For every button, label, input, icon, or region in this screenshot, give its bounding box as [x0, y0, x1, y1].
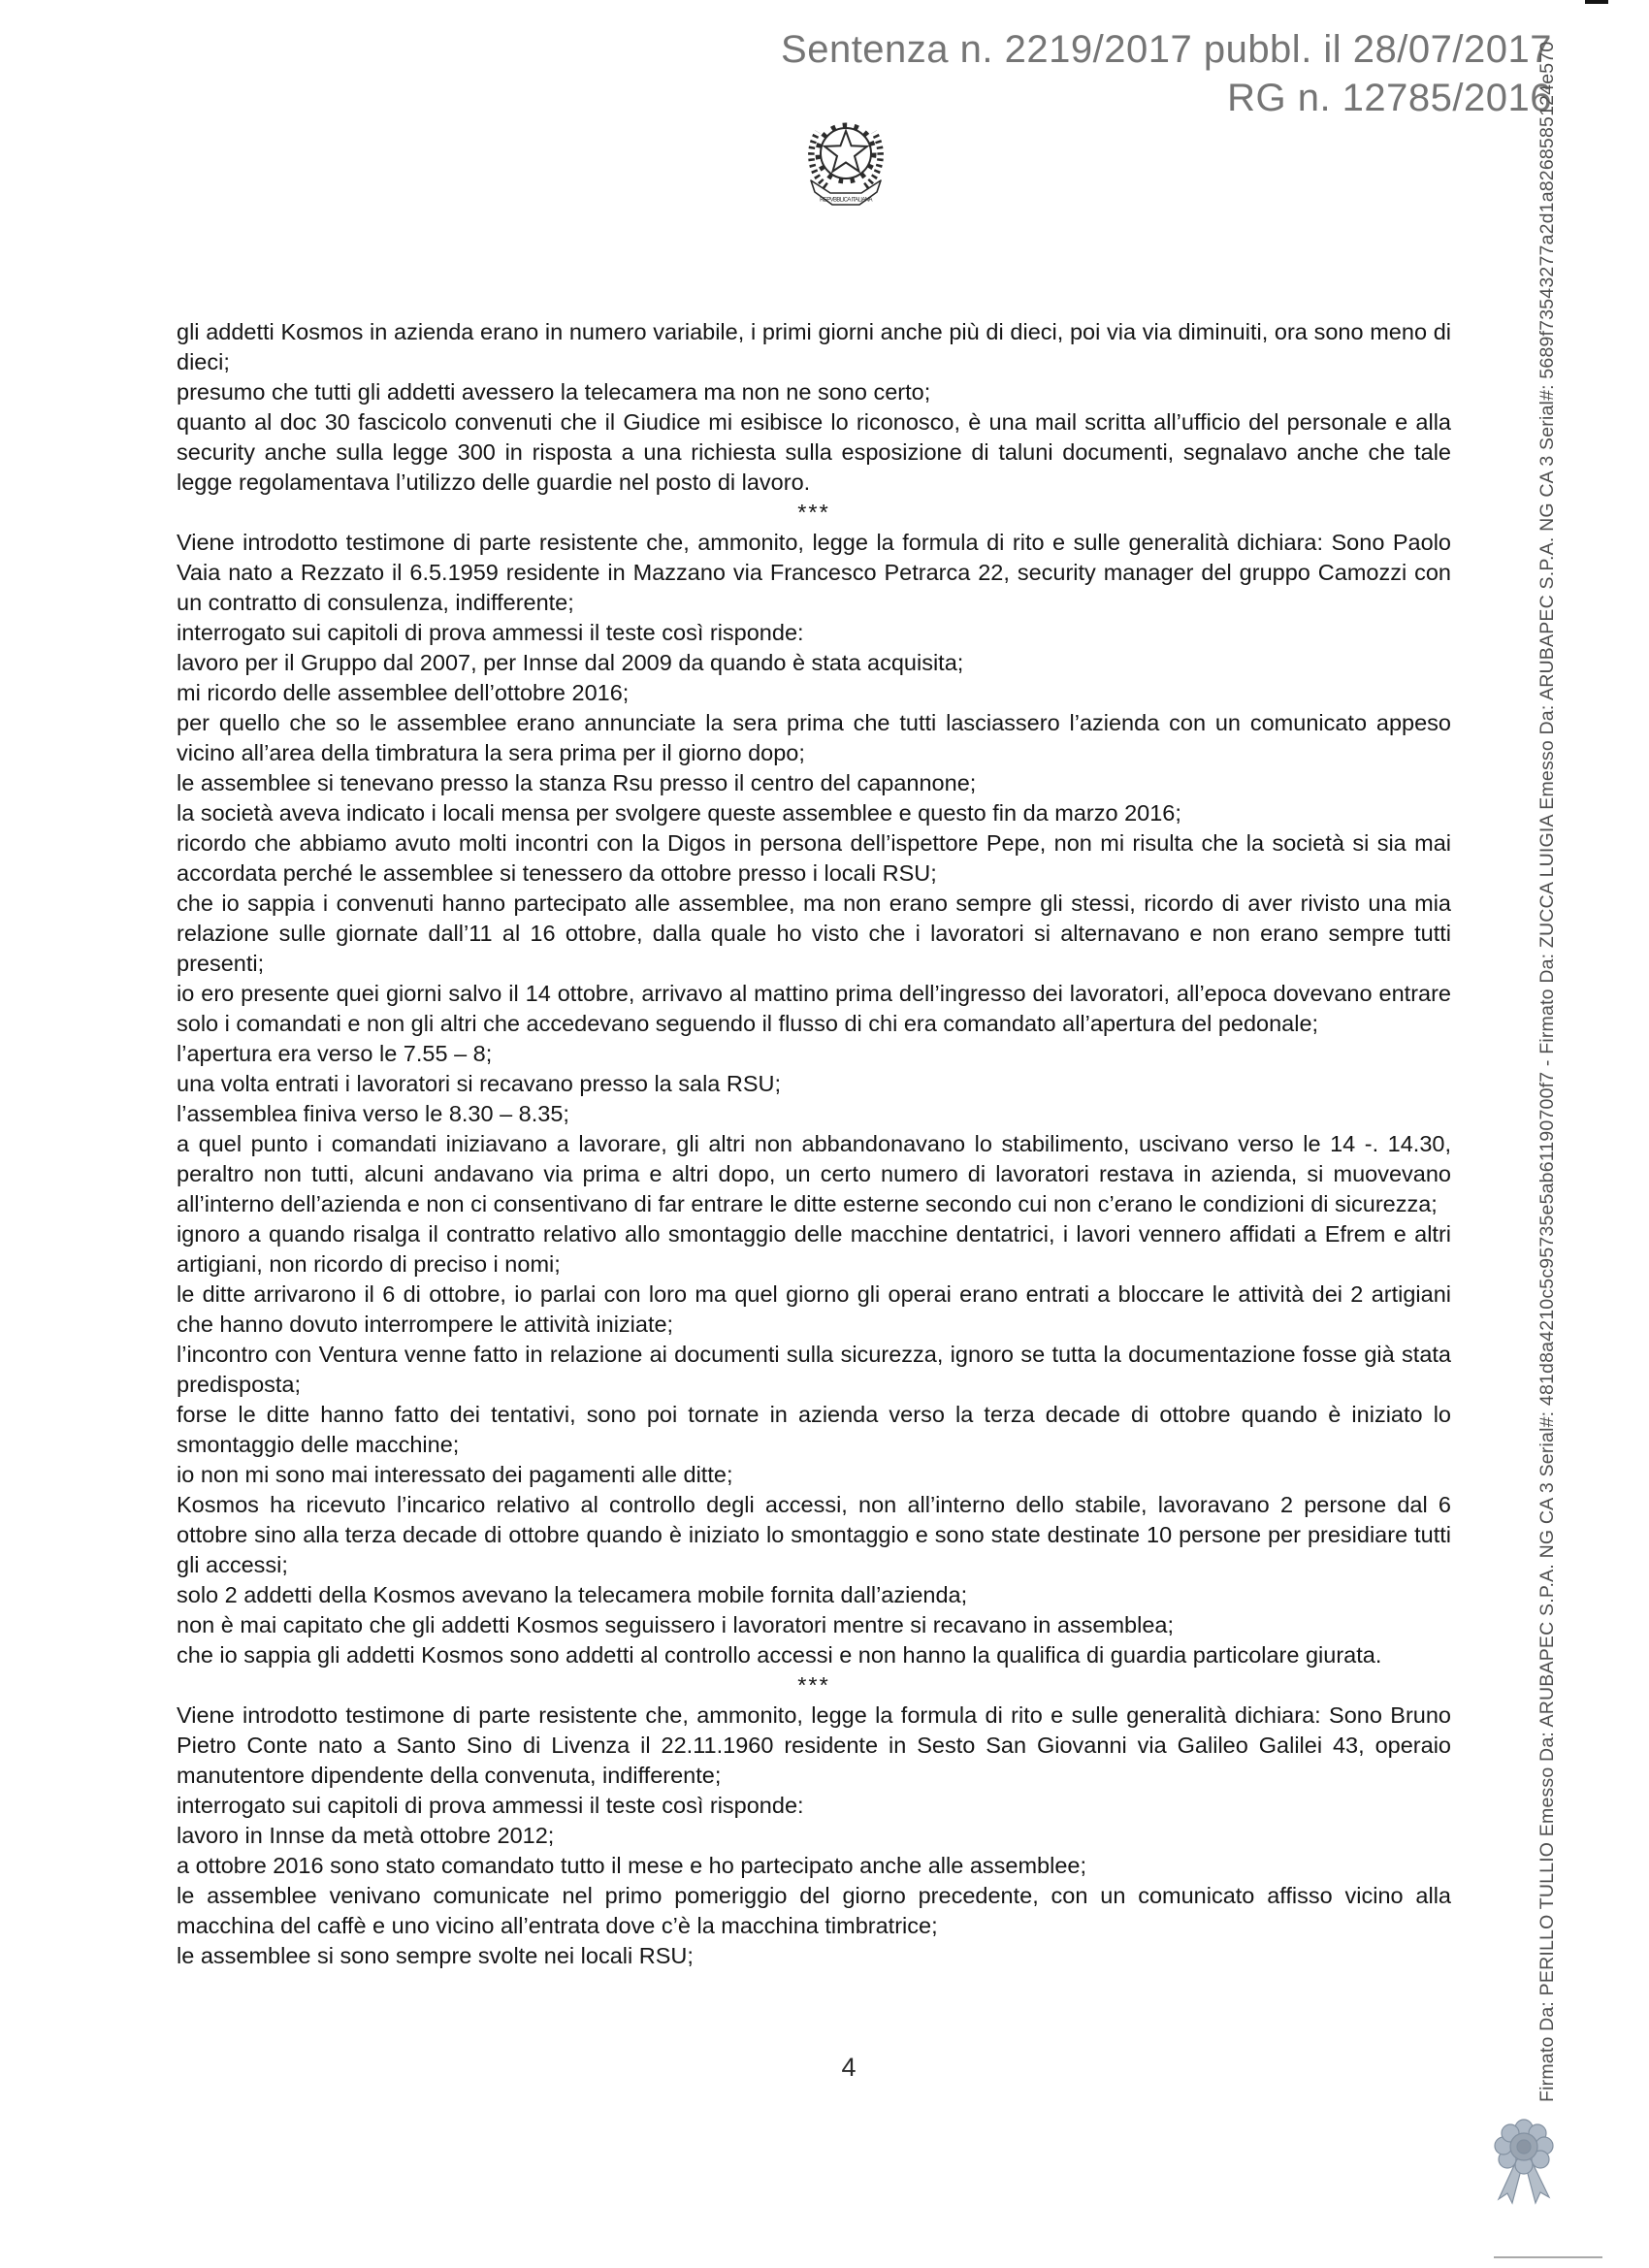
body-paragraph: quanto al doc 30 fascicolo convenuti che… [177, 407, 1451, 498]
body-paragraph: a ottobre 2016 sono stato comandato tutt… [177, 1851, 1451, 1881]
body-paragraph: che io sappia gli addetti Kosmos sono ad… [177, 1640, 1451, 1670]
body-paragraph: le assemblee si sono sempre svolte nei l… [177, 1941, 1451, 1971]
italian-republic-emblem-icon: REPVBBLICA ITALIANA [797, 114, 894, 215]
body-paragraph: mi ricordo delle assemblee dell’ottobre … [177, 678, 1451, 708]
scan-artifact-bottom-line [1494, 2256, 1602, 2258]
body-paragraph: le assemblee si tenevano presso la stanz… [177, 768, 1451, 798]
body-paragraph: le assemblee venivano comunicate nel pri… [177, 1881, 1451, 1941]
body-paragraph: per quello che so le assemblee erano ann… [177, 708, 1451, 768]
body-paragraph: ricordo che abbiamo avuto molti incontri… [177, 828, 1451, 889]
body-paragraph: io ero presente quei giorni salvo il 14 … [177, 979, 1451, 1039]
body-paragraph: non è mai capitato che gli addetti Kosmo… [177, 1610, 1451, 1640]
rg-number: RG n. 12785/2016 [582, 74, 1552, 122]
body-text: gli addetti Kosmos in azienda erano in n… [177, 317, 1451, 1971]
body-paragraph: io non mi sono mai interessato dei pagam… [177, 1460, 1451, 1490]
judgment-number: Sentenza n. 2219/2017 pubbl. il 28/07/20… [582, 25, 1552, 74]
page-number: 4 [242, 2053, 1455, 2083]
digital-signature-seal-icon [1486, 2117, 1562, 2206]
judgment-header: Sentenza n. 2219/2017 pubbl. il 28/07/20… [582, 25, 1552, 122]
section-separator: *** [177, 1670, 1451, 1701]
section-separator: *** [177, 498, 1451, 528]
body-paragraph: l’assemblea finiva verso le 8.30 – 8.35; [177, 1099, 1451, 1129]
body-paragraph: lavoro in Innse da metà ottobre 2012; [177, 1821, 1451, 1851]
body-paragraph: le ditte arrivarono il 6 di ottobre, io … [177, 1280, 1451, 1340]
body-paragraph: la società aveva indicato i locali mensa… [177, 798, 1451, 828]
emblem-banner-text: REPVBBLICA ITALIANA [820, 198, 872, 204]
body-paragraph: che io sappia i convenuti hanno partecip… [177, 889, 1451, 979]
body-paragraph: l’incontro con Ventura venne fatto in re… [177, 1340, 1451, 1400]
body-paragraph: Viene introdotto testimone di parte resi… [177, 528, 1451, 618]
document-page: Sentenza n. 2219/2017 pubbl. il 28/07/20… [0, 0, 1649, 2268]
body-paragraph: forse le ditte hanno fatto dei tentativi… [177, 1400, 1451, 1460]
body-paragraph: Kosmos ha ricevuto l’incarico relativo a… [177, 1490, 1451, 1580]
body-paragraph: Viene introdotto testimone di parte resi… [177, 1701, 1451, 1791]
body-paragraph: ignoro a quando risalga il contratto rel… [177, 1219, 1451, 1280]
body-paragraph: interrogato sui capitoli di prova ammess… [177, 618, 1451, 648]
body-paragraph: l’apertura era verso le 7.55 – 8; [177, 1039, 1451, 1069]
body-paragraph: interrogato sui capitoli di prova ammess… [177, 1791, 1451, 1821]
body-paragraph: presumo che tutti gli addetti avessero l… [177, 377, 1451, 407]
body-paragraph: una volta entrati i lavoratori si recava… [177, 1069, 1451, 1099]
body-paragraph: solo 2 addetti della Kosmos avevano la t… [177, 1580, 1451, 1610]
body-paragraph: gli addetti Kosmos in azienda erano in n… [177, 317, 1451, 377]
body-paragraph: a quel punto i comandati iniziavano a la… [177, 1129, 1451, 1219]
scan-artifact-top-streak [1585, 0, 1608, 4]
body-paragraph: lavoro per il Gruppo dal 2007, per Innse… [177, 648, 1451, 678]
digital-signature-sidebar: Firmato Da: PERILLO TULLIO Emesso Da: AR… [1535, 42, 1560, 2102]
